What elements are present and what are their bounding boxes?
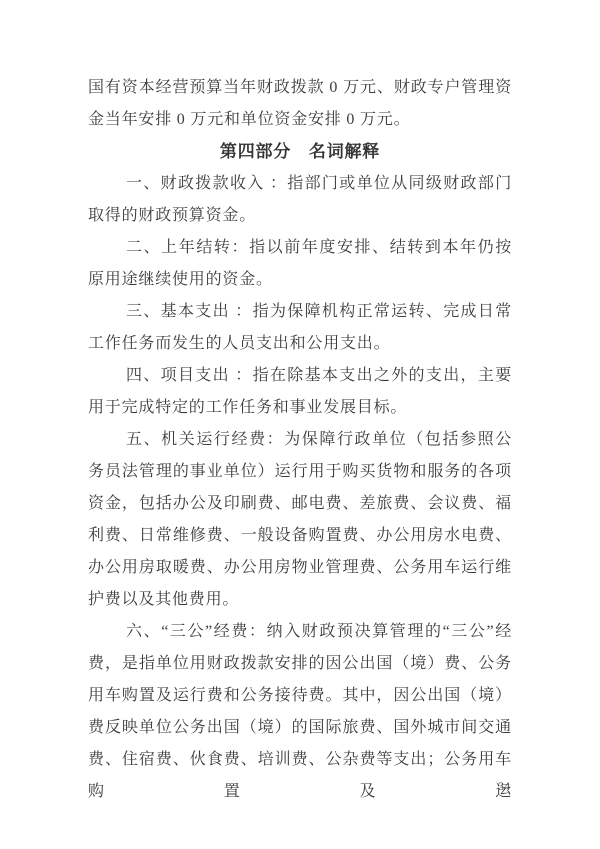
section-heading: 第四部分 名词解释	[88, 136, 512, 168]
intro-continuation-paragraph: 国有资本经营预算当年财政拨款 0 万元、财政专户管理资金当年安排 0 万元和单位…	[88, 72, 512, 136]
definition-paragraph-fiscal-appropriation-income: 一、财政拨款收入 ：指部门或单位从同级财政部门取得的财政预算资金。	[88, 168, 512, 232]
definition-paragraph-project-expenditure: 四、项目支出 ：指在除基本支出之外的支出，主要用于完成特定的工作任务和事业发展目…	[88, 360, 512, 424]
document-page: 国有资本经营预算当年财政拨款 0 万元、财政专户管理资金当年安排 0 万元和单位…	[0, 0, 600, 849]
definition-paragraph-three-public-expenses: 六、“三公”经费：纳入财政预决算管理的“三公”经费，是指单位用财政拨款安排的因公…	[88, 616, 512, 808]
definition-paragraph-basic-expenditure: 三、基本支出 ：指为保障机构正常运转、完成日常工作任务而发生的人员支出和公用支出…	[88, 296, 512, 360]
definition-paragraph-agency-operating-funds: 五、机关运行经费：为保障行政单位（包括参照公务员法管理的事业单位）运行用于购买货…	[88, 424, 512, 616]
document-content: 国有资本经营预算当年财政拨款 0 万元、财政专户管理资金当年安排 0 万元和单位…	[88, 72, 512, 808]
page-number: 34	[492, 778, 516, 794]
definition-paragraph-carryover-from-previous-year: 二、上年结转：指以前年度安排、结转到本年仍按原用途继续使用的资金。	[88, 232, 512, 296]
